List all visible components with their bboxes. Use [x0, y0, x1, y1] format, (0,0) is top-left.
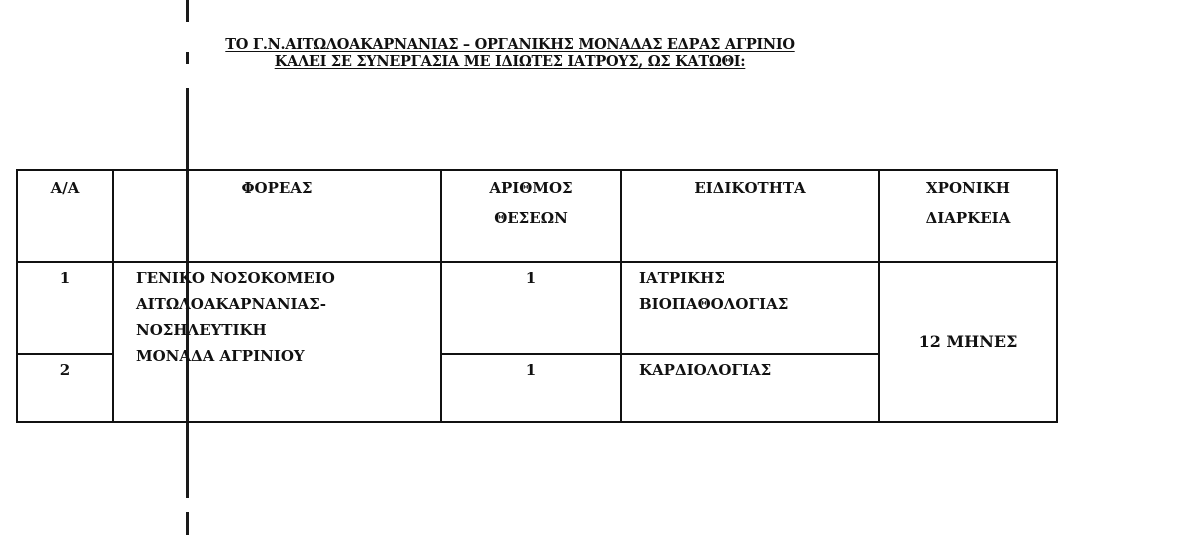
header-positions: ΑΡΙΘΜΟΣ ΘΕΣΕΩΝ: [441, 170, 621, 262]
cell-aa: 1: [17, 262, 113, 354]
document-heading: ΤΟ Γ.Ν.ΑΙΤΩΛΟΑΚΑΡΝΑΝΙΑΣ – ΟΡΓΑΝΙΚΗΣ ΜΟΝΑ…: [190, 36, 830, 70]
cell-specialty: ΚΑΡΔΙΟΛΟΓΙΑΣ: [621, 354, 879, 422]
positions-table: Α/Α ΦΟΡΕΑΣ ΑΡΙΘΜΟΣ ΘΕΣΕΩΝ ΕΙΔΙΚΟΤΗΤΑ ΧΡΟ…: [16, 169, 1058, 423]
cell-duration: 12 ΜΗΝΕΣ: [879, 262, 1057, 422]
table-header-row: Α/Α ΦΟΡΕΑΣ ΑΡΙΘΜΟΣ ΘΕΣΕΩΝ ΕΙΔΙΚΟΤΗΤΑ ΧΡΟ…: [17, 170, 1057, 262]
scan-artifact-line-bottom: [186, 512, 189, 535]
heading-line-1: ΤΟ Γ.Ν.ΑΙΤΩΛΟΑΚΑΡΝΑΝΙΑΣ – ΟΡΓΑΝΙΚΗΣ ΜΟΝΑ…: [190, 36, 830, 53]
cell-positions: 1: [441, 262, 621, 354]
table-row: 1 ΓΕΝΙΚΟ ΝΟΣΟΚΟΜΕΙΟ ΑΙΤΩΛΟΑΚΑΡΝΑΝΙΑΣ- ΝΟ…: [17, 262, 1057, 354]
header-foreas: ΦΟΡΕΑΣ: [113, 170, 441, 262]
scan-artifact-line-top: [186, 0, 189, 22]
scan-artifact-line-mid: [186, 52, 189, 64]
cell-specialty: ΙΑΤΡΙΚΗΣ ΒΙΟΠΑΘΟΛΟΓΙΑΣ: [621, 262, 879, 354]
heading-line-2: ΚΑΛΕΙ ΣΕ ΣΥΝΕΡΓΑΣΙΑ ΜΕ ΙΔΙΩΤΕΣ ΙΑΤΡΟΥΣ, …: [190, 53, 830, 70]
cell-positions: 1: [441, 354, 621, 422]
cell-aa: 2: [17, 354, 113, 422]
cell-foreas: ΓΕΝΙΚΟ ΝΟΣΟΚΟΜΕΙΟ ΑΙΤΩΛΟΑΚΑΡΝΑΝΙΑΣ- ΝΟΣΗ…: [113, 262, 441, 422]
header-duration: ΧΡΟΝΙΚΗ ΔΙΑΡΚΕΙΑ: [879, 170, 1057, 262]
header-specialty: ΕΙΔΙΚΟΤΗΤΑ: [621, 170, 879, 262]
header-aa: Α/Α: [17, 170, 113, 262]
